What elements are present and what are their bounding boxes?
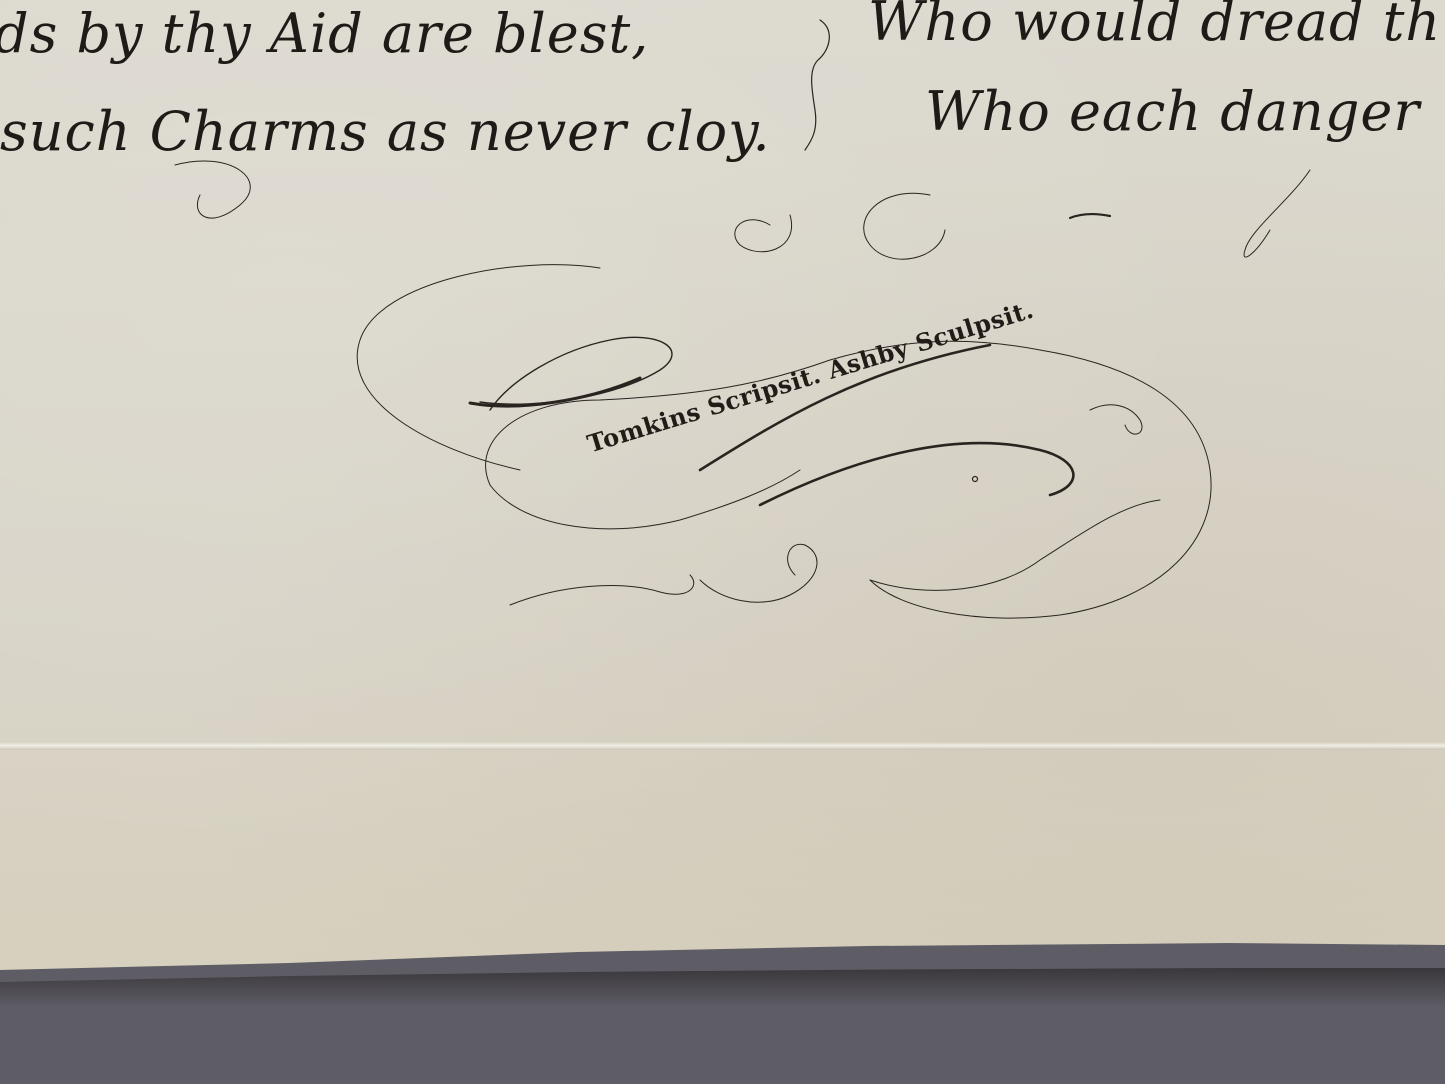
verse-left-line-1: ds by thy Aid are blest, bbox=[0, 2, 649, 65]
verse-right-line-1: Who would dread th bbox=[868, 0, 1441, 53]
paper-edge-shadow bbox=[0, 968, 1445, 1008]
paper-fold-crease bbox=[0, 742, 1445, 750]
verse-left-line-2: such Charms as never cloy. bbox=[0, 100, 771, 163]
verse-right-line-2: Who each danger bbox=[925, 80, 1420, 143]
